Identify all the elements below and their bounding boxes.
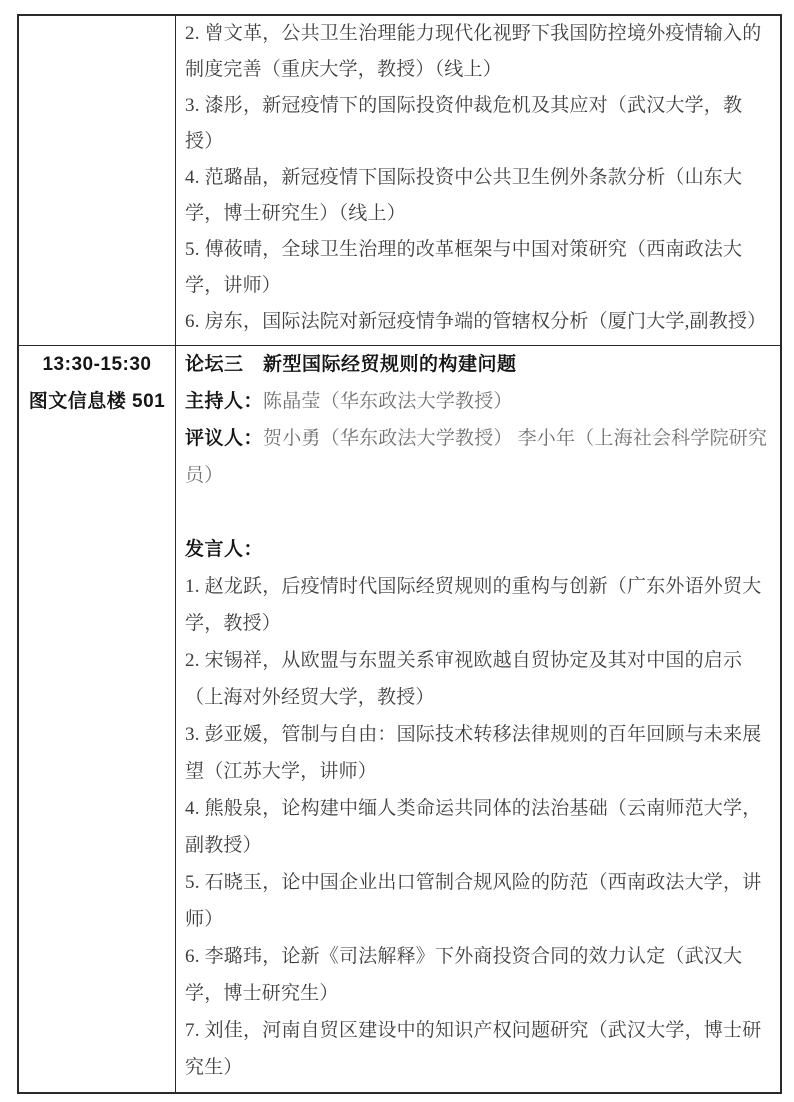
speaker-line: 1. 赵龙跃，后疫情时代国际经贸规则的重构与创新（广东外语外贸大 bbox=[185, 568, 774, 605]
commentator-line-1: 评议人：贺小勇（华东政法大学教授） 李小年（上海社会科学院研究 bbox=[185, 420, 774, 457]
agenda-line: 5. 傅莜晴，全球卫生治理的改革框架与中国对策研究（西南政法大 bbox=[185, 232, 774, 268]
agenda-line: 制度完善（重庆大学，教授）（线上） bbox=[185, 52, 774, 88]
document-page: 2. 曾文革，公共卫生治理能力现代化视野下我国防控境外疫情输入的制度完善（重庆大… bbox=[0, 0, 794, 1102]
speaker-line: 学，博士研究生） bbox=[185, 975, 774, 1012]
agenda-line: 3. 漆彤，新冠疫情下的国际投资仲裁危机及其应对（武汉大学，教 bbox=[185, 88, 774, 124]
schedule-table: 2. 曾文革，公共卫生治理能力现代化视野下我国防控境外疫情输入的制度完善（重庆大… bbox=[17, 14, 782, 1094]
commentator-line-2: 员） bbox=[185, 457, 774, 494]
agenda-line: 学，博士研究生）（线上） bbox=[185, 196, 774, 232]
speaker-line: 4. 熊般泉，论构建中缅人类命运共同体的法治基础（云南师范大学， bbox=[185, 790, 774, 827]
moderator-line: 主持人：陈晶莹（华东政法大学教授） bbox=[185, 383, 774, 420]
moderator-label: 主持人： bbox=[185, 391, 263, 412]
speaker-line: 7. 刘佳，河南自贸区建设中的知识产权问题研究（武汉大学，博士研 bbox=[185, 1012, 774, 1049]
agenda-line: 授） bbox=[185, 124, 774, 160]
speaker-line: 望（江苏大学，讲师） bbox=[185, 753, 774, 790]
moderator-name: 陈晶莹（华东政法大学教授） bbox=[263, 391, 513, 412]
speaker-lines: 1. 赵龙跃，后疫情时代国际经贸规则的重构与创新（广东外语外贸大学，教授）2. … bbox=[185, 568, 774, 1086]
agenda-line: 学，讲师） bbox=[185, 268, 774, 304]
agenda-lines-previous: 2. 曾文革，公共卫生治理能力现代化视野下我国防控境外疫情输入的制度完善（重庆大… bbox=[185, 16, 774, 340]
speaker-line: 3. 彭亚媛，管制与自由：国际技术转移法律规则的百年回顾与未来展 bbox=[185, 716, 774, 753]
agenda-line: 4. 范璐晶，新冠疫情下国际投资中公共卫生例外条款分析（山东大 bbox=[185, 160, 774, 196]
speaker-line: 2. 宋锡祥，从欧盟与东盟关系审视欧越自贸协定及其对中国的启示 bbox=[185, 642, 774, 679]
meta-cell-previous-session bbox=[19, 16, 176, 346]
commentator-names: 贺小勇（华东政法大学教授） 李小年（上海社会科学院研究 bbox=[263, 428, 767, 449]
speaker-line: （上海对外经贸大学，教授） bbox=[185, 679, 774, 716]
speaker-line: 究生） bbox=[185, 1049, 774, 1086]
speakers-label: 发言人： bbox=[185, 531, 774, 568]
forum-title: 论坛三 新型国际经贸规则的构建问题 bbox=[185, 346, 774, 383]
session-time: 13:30-15:30 bbox=[19, 346, 175, 383]
agenda-line: 6. 房东，国际法院对新冠疫情争端的管辖权分析（厦门大学,副教授） bbox=[185, 304, 774, 340]
speaker-line: 6. 李璐玮，论新《司法解释》下外商投资合同的效力认定（武汉大 bbox=[185, 938, 774, 975]
speaker-line: 5. 石晓玉，论中国企业出口管制合规风险的防范（西南政法大学，讲 bbox=[185, 864, 774, 901]
agenda-cell-forum3: 论坛三 新型国际经贸规则的构建问题 主持人：陈晶莹（华东政法大学教授） 评议人：… bbox=[176, 346, 780, 1092]
commentator-label: 评议人： bbox=[185, 428, 263, 449]
speaker-line: 师） bbox=[185, 901, 774, 938]
speaker-line: 学，教授） bbox=[185, 605, 774, 642]
agenda-cell-previous-session: 2. 曾文革，公共卫生治理能力现代化视野下我国防控境外疫情输入的制度完善（重庆大… bbox=[176, 16, 780, 346]
meta-cell-forum3: 13:30-15:30 图文信息楼 501 bbox=[19, 346, 176, 1092]
session-location: 图文信息楼 501 bbox=[19, 383, 175, 420]
speaker-line: 副教授） bbox=[185, 827, 774, 864]
agenda-line: 2. 曾文革，公共卫生治理能力现代化视野下我国防控境外疫情输入的 bbox=[185, 16, 774, 52]
